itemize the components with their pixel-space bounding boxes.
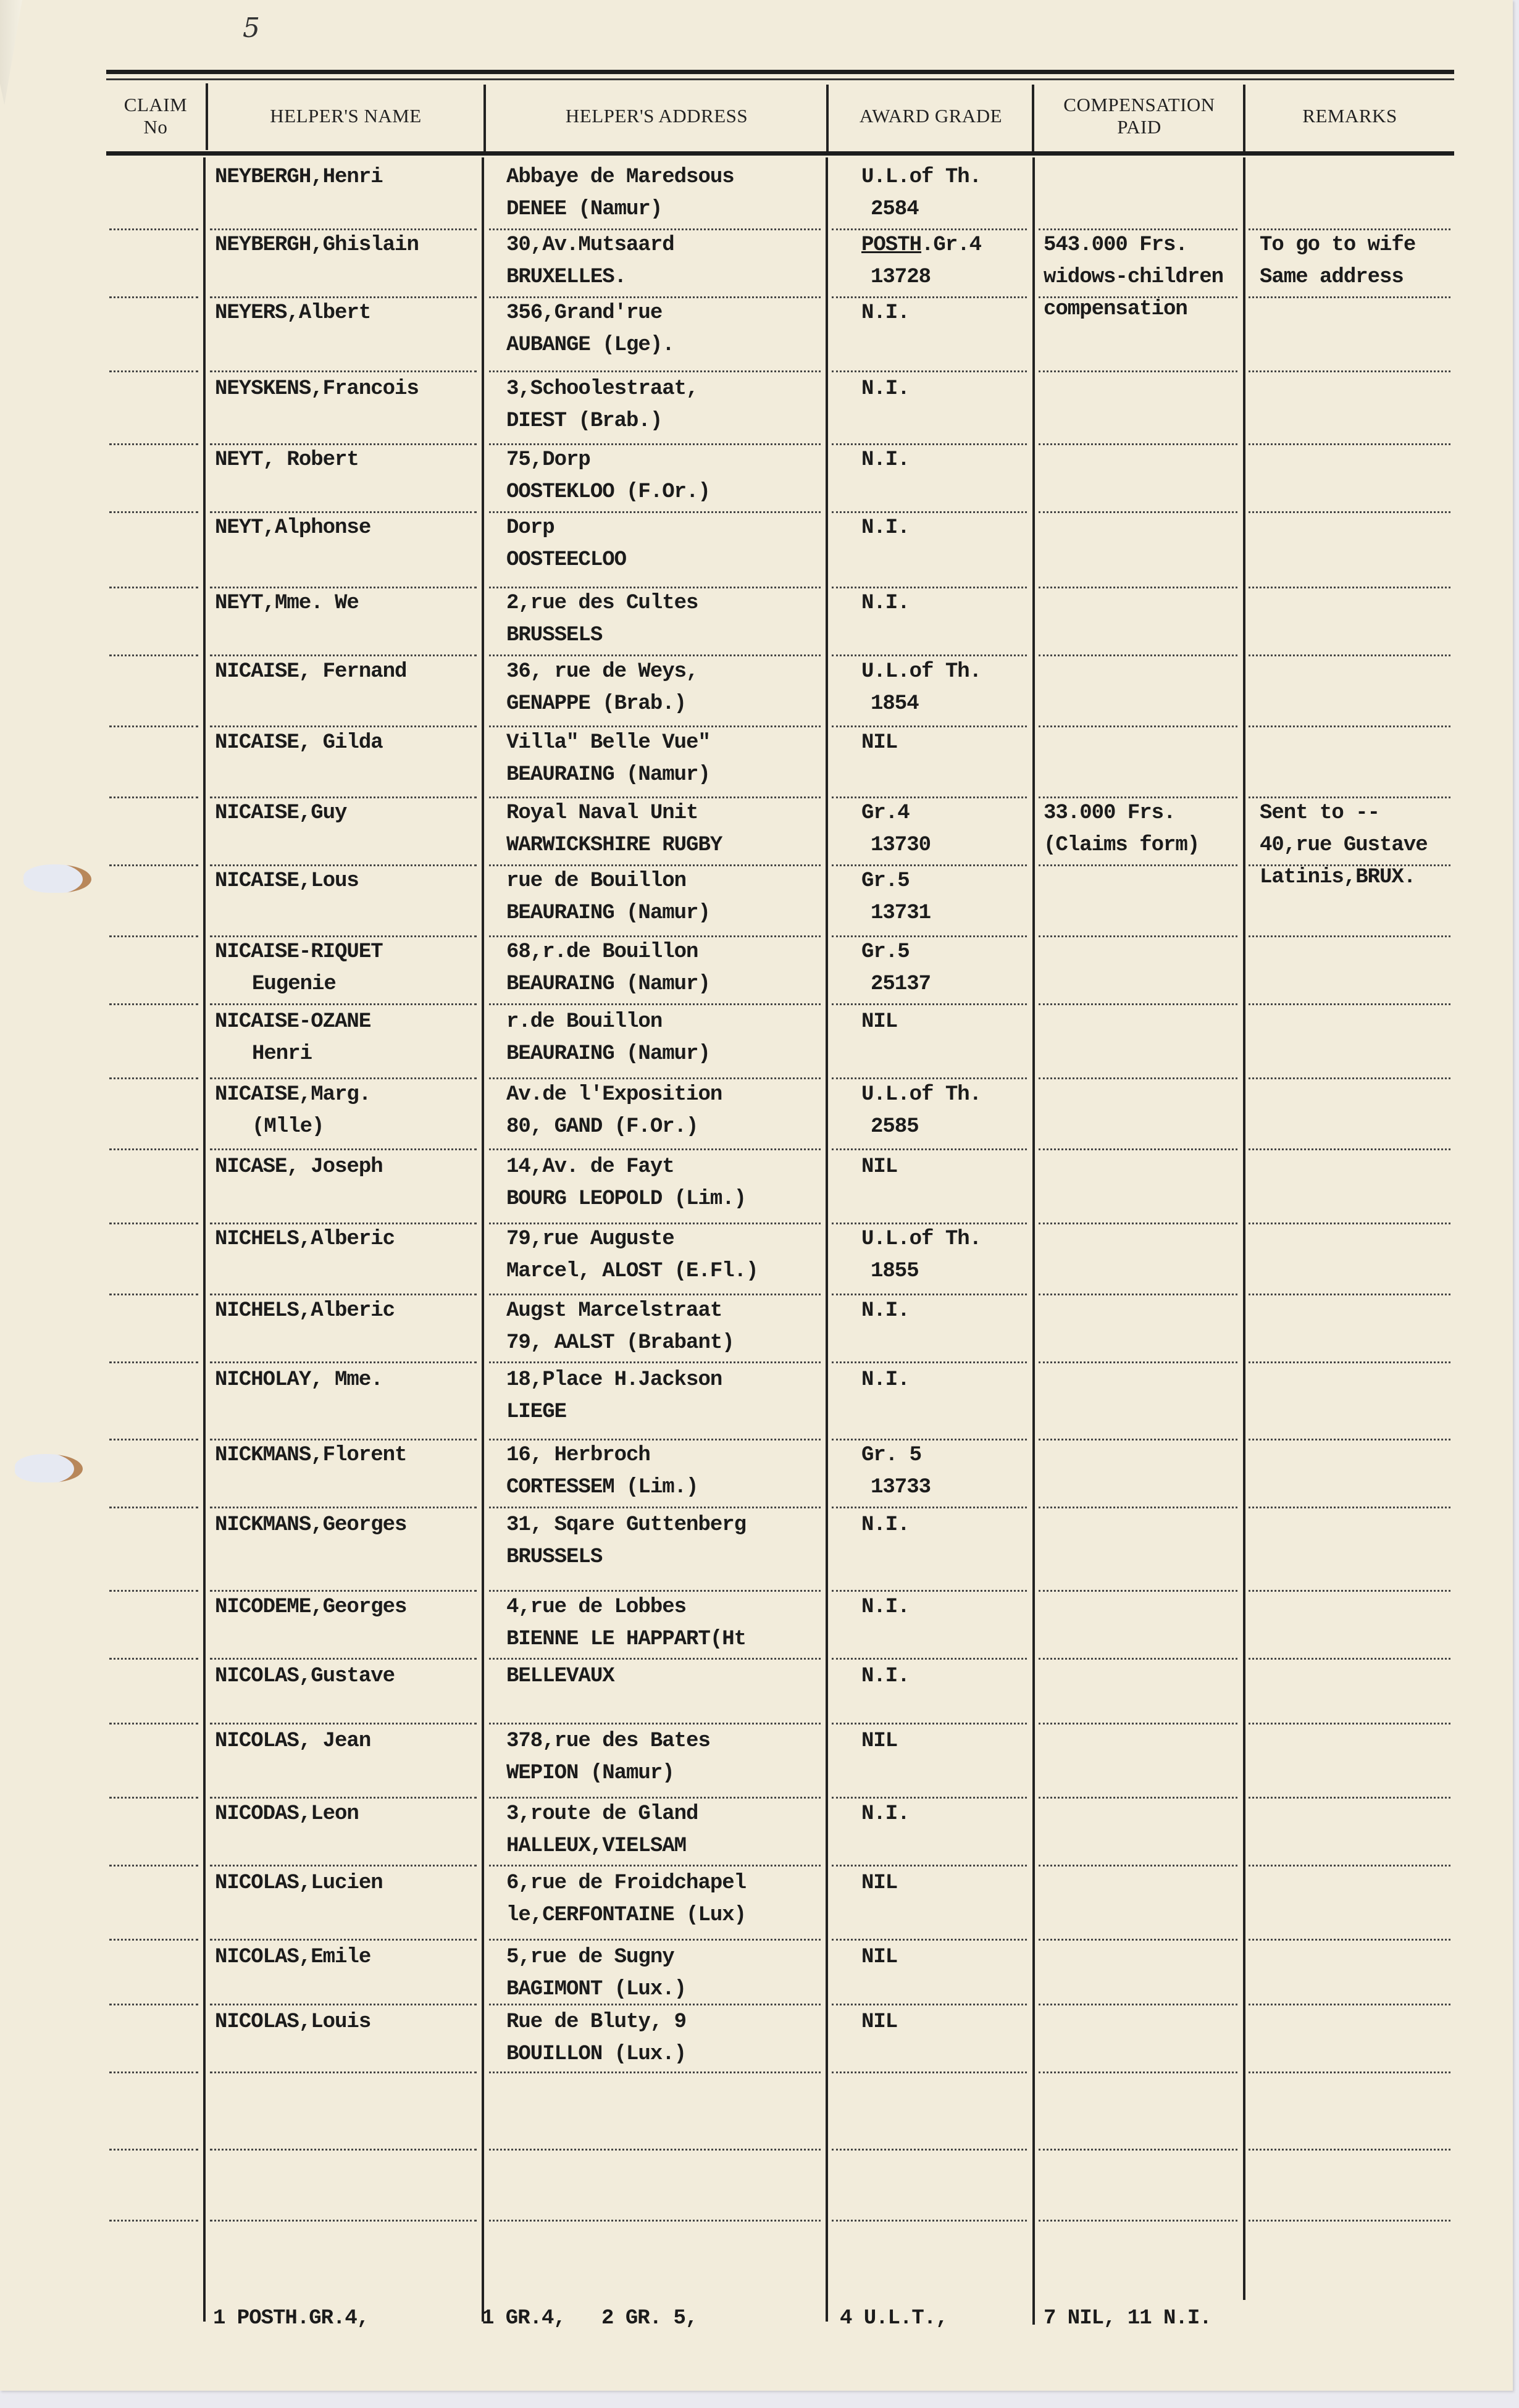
helper-address-cell: 3,Schoolestraat, <box>506 374 698 404</box>
dotted-row-rule <box>109 864 198 866</box>
remarks-cell: Same address <box>1260 262 1404 293</box>
dotted-row-rule <box>1249 1148 1450 1150</box>
helper-address-cell: BEAURAING (Namur) <box>506 969 710 1000</box>
helper-address-cell: BEAURAING (Namur) <box>506 759 710 790</box>
dotted-row-rule <box>1249 511 1450 513</box>
helper-name-cell: NICHELS,Alberic <box>215 1224 395 1255</box>
award-grade-cell: 25137 <box>871 969 931 1000</box>
helper-name-cell: NICOLAS,Lucien <box>215 1868 383 1899</box>
dotted-row-rule <box>1039 2004 1237 2005</box>
dotted-row-rule <box>1039 2220 1237 2222</box>
remarks-cell: To go to wife <box>1260 230 1415 261</box>
helper-address-cell: 378,rue des Bates <box>506 1726 710 1757</box>
award-grade-cell: N.I. <box>861 1295 910 1326</box>
dotted-row-rule <box>1039 1865 1237 1867</box>
dotted-row-rule <box>210 1148 477 1150</box>
helper-address-cell: 80, GAND (F.Or.) <box>506 1111 698 1142</box>
dotted-row-rule <box>489 1003 821 1005</box>
header-top-rule <box>106 70 1454 74</box>
award-grade-cell: NIL <box>861 1868 897 1899</box>
award-grade-cell: Gr.5 <box>861 937 910 968</box>
dotted-row-rule <box>1039 1003 1237 1005</box>
award-grade-cell: 2584 <box>871 194 919 225</box>
helper-name-cell: NICOLAS, Jean <box>215 1726 370 1757</box>
award-grade-cell: N.I. <box>861 1510 910 1541</box>
helper-name-cell: NICODAS,Leon <box>215 1799 359 1829</box>
helper-address-cell: BRUSSELS <box>506 620 602 651</box>
dotted-row-rule <box>832 1361 1027 1363</box>
folded-corner <box>0 0 22 105</box>
dotted-row-rule <box>109 1148 198 1150</box>
award-grade-cell: NIL <box>861 1726 897 1757</box>
dotted-row-rule <box>210 370 477 372</box>
dotted-row-rule <box>832 2004 1027 2005</box>
dotted-row-rule <box>1039 443 1237 445</box>
dotted-row-rule <box>210 2004 477 2005</box>
helper-name-cell: NICHOLAY, Mme. <box>215 1365 383 1395</box>
dotted-row-rule <box>489 1723 821 1724</box>
dotted-row-rule <box>1249 443 1450 445</box>
column-divider <box>482 157 484 2322</box>
helper-name-cell: NICAISE, Gilda <box>215 727 383 758</box>
award-grade-cell: N.I. <box>861 1799 910 1829</box>
dotted-row-rule <box>1249 1865 1450 1867</box>
award-grade-cell: NIL <box>861 1006 897 1037</box>
compensation-cell: compensation <box>1044 294 1187 325</box>
dotted-row-rule <box>109 296 198 298</box>
dotted-row-rule <box>832 1723 1027 1724</box>
header-helper-address: HELPER'S ADDRESS <box>486 80 827 151</box>
dotted-row-rule <box>109 587 198 588</box>
header-award-grade: AWARD GRADE <box>829 80 1033 151</box>
dotted-row-rule <box>489 2071 821 2073</box>
totals-name: 1 POSTH.GR.4, <box>213 2303 369 2334</box>
dotted-row-rule <box>1249 654 1450 656</box>
dotted-row-rule <box>1249 1507 1450 1508</box>
dotted-row-rule <box>210 1507 477 1508</box>
dotted-row-rule <box>489 2220 821 2222</box>
dotted-row-rule <box>1249 1439 1450 1440</box>
award-grade-cell: NIL <box>861 2007 897 2038</box>
helper-name-cell: NEYSKENS,Francois <box>215 374 419 404</box>
dotted-row-rule <box>1249 1939 1450 1941</box>
award-grade-cell: NIL <box>861 727 897 758</box>
dotted-row-rule <box>1039 1939 1237 1941</box>
award-grade-cell: U.L.of Th. <box>861 656 981 687</box>
award-grade-cell: U.L.of Th. <box>861 1224 981 1255</box>
column-divider <box>1243 157 1245 2300</box>
dotted-row-rule <box>109 1723 198 1724</box>
helper-name-cell: NICAISE-OZANE <box>215 1006 370 1037</box>
dotted-row-rule <box>109 1223 198 1224</box>
dotted-row-rule <box>210 1723 477 1724</box>
dotted-row-rule <box>210 2149 477 2151</box>
helper-name-cell: NEYBERGH,Ghislain <box>215 230 419 261</box>
award-grade-cell: 2585 <box>871 1111 919 1142</box>
helper-address-cell: 2,rue des Cultes <box>506 588 698 619</box>
dotted-row-rule <box>210 1003 477 1005</box>
dotted-row-rule <box>1249 370 1450 372</box>
dotted-row-rule <box>109 725 198 727</box>
dotted-row-rule <box>1249 1003 1450 1005</box>
award-grade-cell: 13728 <box>871 262 931 293</box>
award-grade-cell: NIL <box>861 1152 897 1182</box>
helper-address-cell: Abbaye de Maredsous <box>506 162 734 193</box>
award-grade-cell: 13733 <box>871 1472 931 1503</box>
helper-address-cell: BIENNE LE HAPPART(Ht <box>506 1624 746 1655</box>
helper-name-cell: NICAISE,Lous <box>215 866 359 897</box>
dotted-row-rule <box>832 370 1027 372</box>
dotted-row-rule <box>1249 1658 1450 1660</box>
dotted-row-rule <box>489 2149 821 2151</box>
award-grade-cell: N.I. <box>861 512 910 543</box>
helper-name-cell: NICAISE,Guy <box>215 798 346 829</box>
punch-hole-tear <box>15 1454 83 1482</box>
award-grade-cell: 13731 <box>871 898 931 929</box>
dotted-row-rule <box>1039 370 1237 372</box>
helper-name-cell: Eugenie <box>252 969 336 1000</box>
helper-address-cell: GENAPPE (Brab.) <box>506 688 686 719</box>
dotted-row-rule <box>109 654 198 656</box>
helper-name-cell: NEYT,Alphonse <box>215 512 370 543</box>
dotted-row-rule <box>1039 1507 1237 1508</box>
column-divider <box>1032 157 1035 2325</box>
header-divider <box>1032 85 1034 151</box>
dotted-row-rule <box>1249 1223 1450 1224</box>
compensation-cell: 33.000 Frs. <box>1044 798 1175 829</box>
dotted-row-rule <box>1039 1723 1237 1724</box>
dotted-row-rule <box>832 1148 1027 1150</box>
totals-award: 4 U.L.T., <box>840 2303 948 2334</box>
helper-name-cell: NICODEME,Georges <box>215 1592 406 1623</box>
dotted-row-rule <box>832 1658 1027 1660</box>
helper-address-cell: 79, AALST (Brabant) <box>506 1327 734 1358</box>
helper-address-cell: 30,Av.Mutsaard <box>506 230 674 261</box>
helper-address-cell: 3,route de Gland <box>506 1799 698 1829</box>
helper-address-cell: BRUXELLES. <box>506 262 626 293</box>
helper-address-cell: r.de Bouillon <box>506 1006 662 1037</box>
dotted-row-rule <box>1249 935 1450 937</box>
remarks-cell: Latinis,BRUX. <box>1260 862 1415 893</box>
dotted-row-rule <box>210 1939 477 1941</box>
helper-address-cell: Av.de l'Exposition <box>506 1079 722 1110</box>
dotted-row-rule <box>109 443 198 445</box>
header-compensation-paid: COMPENSATION PAID <box>1034 80 1244 151</box>
dotted-row-rule <box>832 1003 1027 1005</box>
helper-address-cell: BEAURAING (Namur) <box>506 1039 710 1069</box>
dotted-row-rule <box>1039 587 1237 588</box>
helper-address-cell: Royal Naval Unit <box>506 798 698 829</box>
helper-address-cell: LIEGE <box>506 1397 566 1428</box>
dotted-row-rule <box>1249 296 1450 298</box>
dotted-row-rule <box>1039 1590 1237 1592</box>
column-divider <box>826 157 828 2322</box>
helper-name-cell: NICOLAS,Louis <box>215 2007 370 2038</box>
dotted-row-rule <box>1039 2149 1237 2151</box>
header-divider <box>483 85 486 151</box>
dotted-row-rule <box>1039 1294 1237 1295</box>
dotted-row-rule <box>109 1077 198 1079</box>
dotted-row-rule <box>832 1507 1027 1508</box>
helper-address-cell: BELLEVAUX <box>506 1661 614 1692</box>
helper-address-cell: 79,rue Auguste <box>506 1224 674 1255</box>
award-grade-cell: U.L.of Th. <box>861 1079 981 1110</box>
helper-address-cell: AUBANGE (Lge). <box>506 330 674 361</box>
helper-address-cell: rue de Bouillon <box>506 866 686 897</box>
helper-name-cell: NEYT,Mme. We <box>215 588 359 619</box>
remarks-cell: 40,rue Gustave <box>1260 830 1428 861</box>
dotted-row-rule <box>1039 1797 1237 1799</box>
helper-address-cell: DIEST (Brab.) <box>506 406 662 437</box>
dotted-row-rule <box>1249 1294 1450 1295</box>
dotted-row-rule <box>109 2004 198 2005</box>
punch-hole-tear <box>23 864 91 893</box>
dotted-row-rule <box>1249 1797 1450 1799</box>
helper-name-cell: NICAISE, Fernand <box>215 656 406 687</box>
dotted-row-rule <box>1039 1077 1237 1079</box>
document-page: 5 CLAIM No HELPER'S NAME HELPER'S ADDRES… <box>0 0 1513 2391</box>
dotted-row-rule <box>109 1658 198 1660</box>
dotted-row-rule <box>109 1939 198 1941</box>
dotted-row-rule <box>832 2220 1027 2222</box>
dotted-row-rule <box>210 1361 477 1363</box>
dotted-row-rule <box>489 1361 821 1363</box>
award-grade-cell: Gr.5 <box>861 866 910 897</box>
dotted-row-rule <box>109 1003 198 1005</box>
dotted-row-rule <box>1249 1077 1450 1079</box>
header-divider <box>826 85 829 151</box>
dotted-row-rule <box>489 370 821 372</box>
dotted-row-rule <box>1039 1658 1237 1660</box>
award-grade-cell: POSTH.Gr.4 <box>861 230 981 261</box>
dotted-row-rule <box>832 1865 1027 1867</box>
helper-name-cell: NEYBERGH,Henri <box>215 162 383 193</box>
helper-address-cell: Villa" Belle Vue" <box>506 727 710 758</box>
dotted-row-rule <box>109 1361 198 1363</box>
dotted-row-rule <box>1249 1361 1450 1363</box>
helper-name-cell: NICOLAS,Emile <box>215 1942 370 1973</box>
award-grade-cell: N.I. <box>861 374 910 404</box>
award-grade-cell: N.I. <box>861 298 910 328</box>
award-grade-cell: 1854 <box>871 688 919 719</box>
award-grade-cell: N.I. <box>861 445 910 475</box>
helper-name-cell: NICOLAS,Gustave <box>215 1661 395 1692</box>
helper-address-cell: BAGIMONT (Lux.) <box>506 1974 686 2005</box>
dotted-row-rule <box>489 1507 821 1508</box>
helper-name-cell: NICAISE-RIQUET <box>215 937 383 968</box>
dotted-row-rule <box>1039 725 1237 727</box>
totals-address: 1 GR.4, 2 GR. 5, <box>482 2303 697 2334</box>
compensation-cell: 543.000 Frs. <box>1044 230 1187 261</box>
helper-address-cell: Dorp <box>506 512 554 543</box>
helper-name-cell: NICKMANS,Georges <box>215 1510 406 1541</box>
helper-address-cell: BOURG LEOPOLD (Lim.) <box>506 1184 746 1214</box>
award-grade-cell: 13730 <box>871 830 931 861</box>
helper-name-cell: NEYT, Robert <box>215 445 359 475</box>
dotted-row-rule <box>109 228 198 230</box>
award-grade-cell: Gr. 5 <box>861 1440 921 1471</box>
helper-address-cell: OOSTEECLOO <box>506 545 626 575</box>
helper-address-cell: WARWICKSHIRE RUGBY <box>506 830 722 861</box>
dotted-row-rule <box>1249 1723 1450 1724</box>
helper-name-cell: NICKMANS,Florent <box>215 1440 406 1471</box>
helper-name-cell: NICHELS,Alberic <box>215 1295 395 1326</box>
dotted-row-rule <box>489 1939 821 1941</box>
dotted-row-rule <box>1249 2071 1450 2073</box>
dotted-row-rule <box>1249 1590 1450 1592</box>
dotted-row-rule <box>1039 864 1237 866</box>
dotted-row-rule <box>109 935 198 937</box>
helper-address-cell: 16, Herbroch <box>506 1440 650 1471</box>
helper-address-cell: BRUSSELS <box>506 1542 602 1573</box>
dotted-row-rule <box>489 1658 821 1660</box>
award-grade-cell: N.I. <box>861 1592 910 1623</box>
helper-address-cell: 18,Place H.Jackson <box>506 1365 722 1395</box>
award-grade-cell: N.I. <box>861 1661 910 1692</box>
remarks-cell: Sent to -- <box>1260 798 1379 829</box>
header-claim-no: CLAIM No <box>106 80 205 151</box>
dotted-row-rule <box>1039 1439 1237 1440</box>
header-divider <box>206 83 208 150</box>
dotted-row-rule <box>1249 587 1450 588</box>
helper-address-cell: Augst Marcelstraat <box>506 1295 722 1326</box>
underlined-posth: POSTH <box>861 233 921 257</box>
column-divider <box>203 157 206 2322</box>
header-helper-name: HELPER'S NAME <box>207 80 485 151</box>
helper-address-cell: BEAURAING (Namur) <box>506 898 710 929</box>
award-grade-cell: N.I. <box>861 1365 910 1395</box>
dotted-row-rule <box>210 1658 477 1660</box>
header-bottom-rule <box>106 151 1454 156</box>
helper-address-cell: 6,rue de Froidchapel <box>506 1868 746 1899</box>
dotted-row-rule <box>1249 725 1450 727</box>
dotted-row-rule <box>489 1148 821 1150</box>
dotted-row-rule <box>1039 654 1237 656</box>
dotted-row-rule <box>1039 1148 1237 1150</box>
helper-address-cell: OOSTEKLOO (F.Or.) <box>506 477 710 508</box>
dotted-row-rule <box>1249 2004 1450 2005</box>
dotted-row-rule <box>832 2071 1027 2073</box>
helper-address-cell: 356,Grand'rue <box>506 298 662 328</box>
dotted-row-rule <box>109 370 198 372</box>
totals-compensation: 7 NIL, 11 N.I. <box>1044 2303 1211 2334</box>
dotted-row-rule <box>109 511 198 513</box>
dotted-row-rule <box>109 2220 198 2222</box>
page-number: 5 <box>243 12 260 44</box>
helper-address-cell: HALLEUX,VIELSAM <box>506 1831 686 1862</box>
dotted-row-rule <box>109 1865 198 1867</box>
dotted-row-rule <box>109 796 198 798</box>
dotted-row-rule <box>210 1865 477 1867</box>
helper-address-cell: 14,Av. de Fayt <box>506 1152 674 1182</box>
award-grade-cell: N.I. <box>861 588 910 619</box>
award-grade-cell: U.L.of Th. <box>861 162 981 193</box>
dotted-row-rule <box>109 1507 198 1508</box>
helper-address-cell: 4,rue de Lobbes <box>506 1592 686 1623</box>
dotted-row-rule <box>832 1939 1027 1941</box>
dotted-row-rule <box>210 2220 477 2222</box>
helper-address-cell: 75,Dorp <box>506 445 590 475</box>
helper-address-cell: 36, rue de Weys, <box>506 656 698 687</box>
dotted-row-rule <box>109 2149 198 2151</box>
dotted-row-rule <box>109 1294 198 1295</box>
dotted-row-rule <box>1039 935 1237 937</box>
helper-address-cell: WEPION (Namur) <box>506 1758 674 1789</box>
helper-address-cell: DENEE (Namur) <box>506 194 662 225</box>
helper-name-cell: NICASE, Joseph <box>215 1152 383 1182</box>
dotted-row-rule <box>1249 2149 1450 2151</box>
dotted-row-rule <box>1249 2220 1450 2222</box>
dotted-row-rule <box>832 2149 1027 2151</box>
award-grade-cell: 1855 <box>871 1256 919 1287</box>
dotted-row-rule <box>109 1590 198 1592</box>
helper-address-cell: 5,rue de Sugny <box>506 1942 674 1973</box>
dotted-row-rule <box>1039 511 1237 513</box>
helper-name-cell: NEYERS,Albert <box>215 298 370 328</box>
helper-address-cell: Rue de Bluty, 9 <box>506 2007 686 2038</box>
dotted-row-rule <box>489 1865 821 1867</box>
helper-address-cell: Marcel, ALOST (E.Fl.) <box>506 1256 758 1287</box>
helper-address-cell: CORTESSEM (Lim.) <box>506 1472 698 1503</box>
header-remarks: REMARKS <box>1245 80 1454 151</box>
dotted-row-rule <box>109 1797 198 1799</box>
helper-address-cell: 31, Sqare Guttenberg <box>506 1510 746 1541</box>
helper-address-cell: 68,r.de Bouillon <box>506 937 698 968</box>
compensation-cell: widows-children <box>1044 262 1223 293</box>
helper-name-cell: Henri <box>252 1039 312 1069</box>
helper-address-cell: BOUILLON (Lux.) <box>506 2039 686 2070</box>
helper-name-cell: (Mlle) <box>252 1111 324 1142</box>
dotted-row-rule <box>210 2071 477 2073</box>
dotted-row-rule <box>1039 1361 1237 1363</box>
header-divider <box>1243 85 1245 151</box>
helper-address-cell: le,CERFONTAINE (Lux) <box>506 1900 746 1931</box>
helper-name-cell: NICAISE,Marg. <box>215 1079 370 1110</box>
award-grade-cell: NIL <box>861 1942 897 1973</box>
dotted-row-rule <box>109 2071 198 2073</box>
compensation-cell: (Claims form) <box>1044 830 1199 861</box>
dotted-row-rule <box>1039 1223 1237 1224</box>
award-grade-cell: Gr.4 <box>861 798 910 829</box>
dotted-row-rule <box>1039 2071 1237 2073</box>
dotted-row-rule <box>109 1439 198 1440</box>
